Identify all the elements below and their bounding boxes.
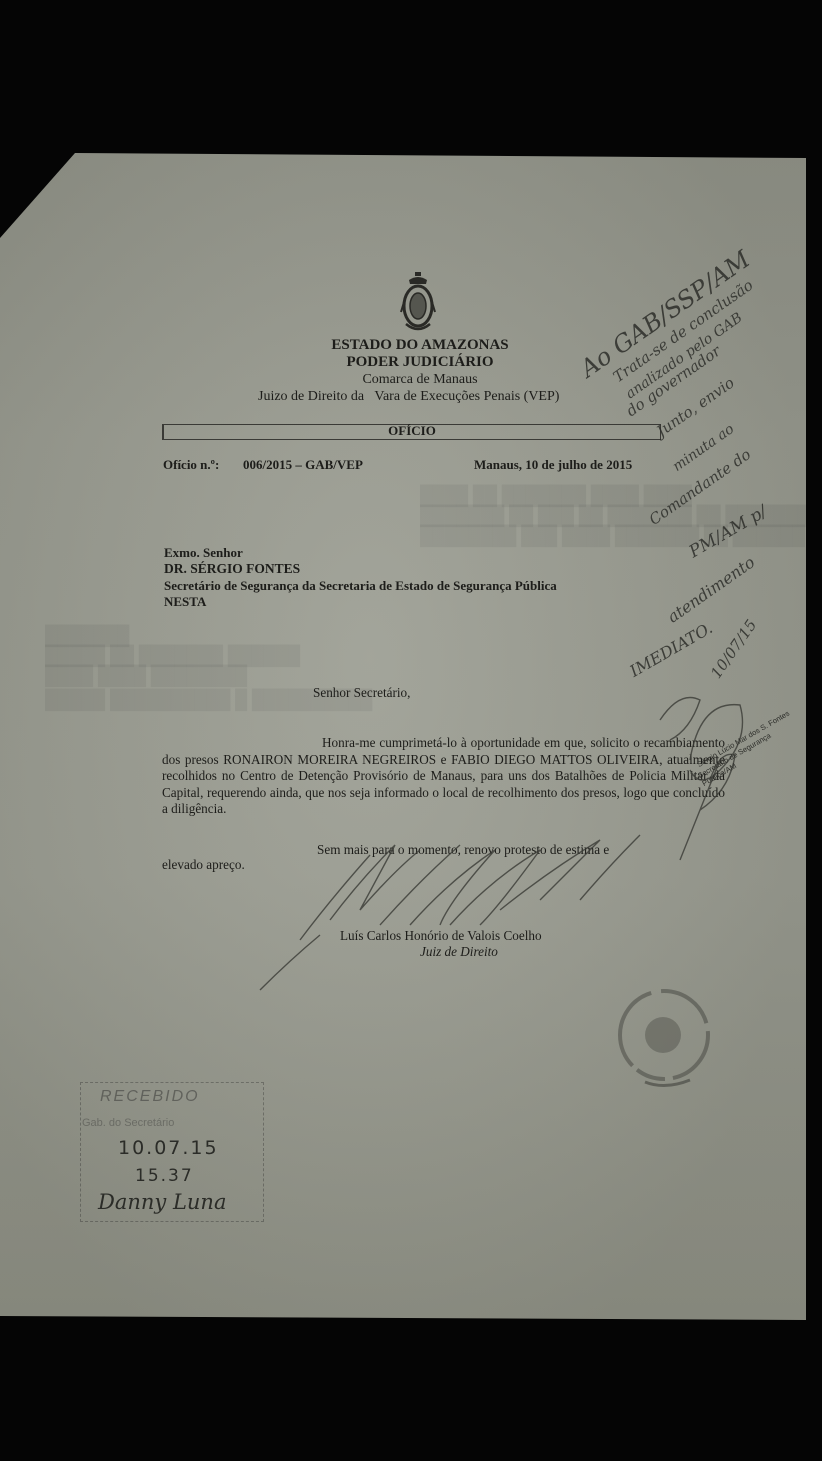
received-stamp-title: RECEBIDO: [100, 1088, 200, 1106]
received-stamp-time: 15.37: [135, 1166, 194, 1186]
court-seal-icon: [0, 0, 822, 1461]
received-stamp-date: 10.07.15: [118, 1137, 219, 1159]
received-stamp-signature: Danny Luna: [98, 1190, 226, 1214]
received-stamp-subtitle: Gab. do Secretário: [82, 1117, 174, 1129]
